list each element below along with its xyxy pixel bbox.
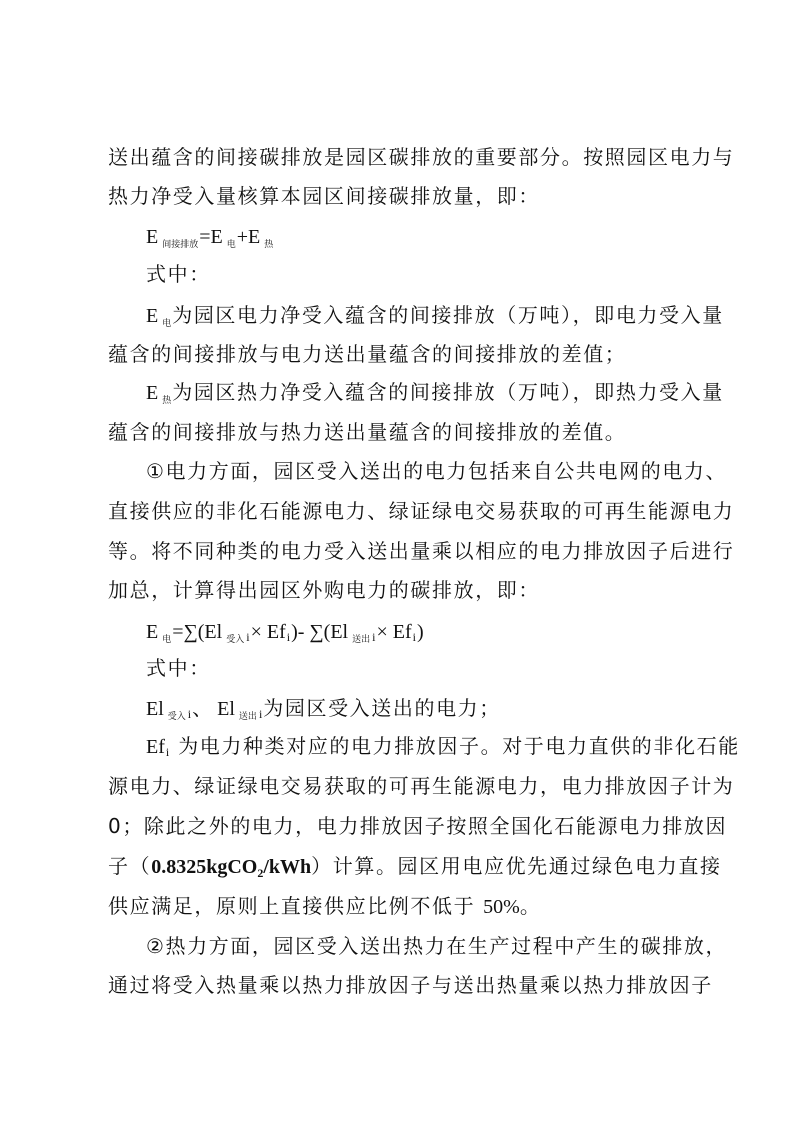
formula-operator: +E	[237, 226, 261, 248]
index: i	[259, 707, 262, 721]
formula-index: i	[287, 630, 290, 644]
formula-subscript: 电	[162, 635, 171, 645]
paragraph-line: 送出蕴含的间接碳排放是园区碳排放的重要部分。按照园区电力与	[108, 144, 688, 170]
formula-subscript: 电	[227, 240, 236, 250]
formula-subscript: 间接排放	[162, 240, 198, 250]
paragraph-line: 子（0.8325kgCO2/kWh）计算。园区用电应优先通过绿色电力直接	[108, 853, 688, 879]
emission-factor-unit: /kWh	[263, 856, 311, 878]
paragraph-line: 直接供应的非化石能源电力、绿证绿电交易获取的可再生能源电力	[108, 498, 688, 524]
formula-index: i	[372, 630, 375, 644]
paragraph-line: 蕴含的间接排放与热力送出量蕴含的间接排放的差值。	[108, 419, 688, 445]
subscript: 送出	[239, 712, 257, 722]
formula-part: )	[417, 621, 424, 643]
formula-index: i	[413, 630, 416, 644]
formula-symbol: E	[146, 621, 158, 643]
formula-indirect-emissions: E间接排放=E电+E热	[146, 223, 726, 249]
emission-factor-value: 0.8325kgCO	[151, 856, 257, 878]
index: i	[166, 745, 169, 759]
formula-electricity-emissions: E电=∑(El受入i× Efi)- ∑(El送出i× Efi)	[146, 618, 726, 644]
formula-subscript: 送出	[352, 635, 370, 645]
formula-index: i	[246, 630, 249, 644]
definition-text: 为园区受入送出的电力；	[263, 696, 501, 720]
symbol: El	[146, 698, 164, 720]
paragraph-line: 源电力、绿证绿电交易获取的可再生能源电力，电力排放因子计为	[108, 773, 688, 799]
percentage-value: 50%	[483, 896, 520, 918]
paragraph-line: 供应满足，原则上直接供应比例不低于 50%。	[108, 893, 688, 919]
formula-symbol: E	[146, 226, 158, 248]
paragraph-line: 通过将受入热量乘以热力排放因子与送出热量乘以热力排放因子	[108, 972, 688, 998]
subscript: 热	[162, 396, 171, 406]
paragraph-line: ①电力方面，园区受入送出的电力包括来自公共电网的电力、	[146, 458, 726, 484]
paragraph-line: 等。将不同种类的电力受入送出量乘以相应的电力排放因子后进行	[108, 538, 688, 564]
where-label: 式中：	[146, 655, 726, 681]
symbol: E	[146, 382, 158, 404]
formula-operator: =E	[199, 226, 223, 248]
subscript: 受入	[168, 712, 186, 722]
symbol: 、 El	[192, 698, 235, 720]
formula-part: )- ∑(El	[291, 621, 348, 643]
definition-ef: Efi 为电力种类对应的电力排放因子。对于电力直供的非化石能	[146, 733, 726, 759]
where-label: 式中：	[146, 261, 726, 287]
text: 。	[520, 894, 542, 918]
formula-subscript: 热	[264, 240, 273, 250]
paragraph-line: ②热力方面，园区受入送出热力在生产过程中产生的碳排放，	[146, 933, 726, 959]
definition-text: 为电力种类对应的电力排放因子。对于电力直供的非化石能	[170, 734, 740, 758]
formula-part: × Ef	[251, 621, 286, 643]
text: ）计算。园区用电应优先通过绿色电力直接	[311, 854, 721, 878]
subscript: 电	[162, 319, 171, 329]
text: 供应满足，原则上直接供应比例不低于	[108, 894, 483, 918]
formula-subscript: 受入	[226, 635, 244, 645]
index: i	[188, 707, 191, 721]
definition-e-heat: E热为园区热力净受入蕴含的间接排放（万吨），即热力受入量	[146, 379, 726, 405]
paragraph-line: 加总，计算得出园区外购电力的碳排放，即：	[108, 577, 688, 603]
definition-e-electricity: E电为园区电力净受入蕴含的间接排放（万吨），即电力受入量	[146, 302, 726, 328]
paragraph-line: 蕴含的间接排放与电力送出量蕴含的间接排放的差值；	[108, 341, 688, 367]
definition-text: 为园区热力净受入蕴含的间接排放（万吨），即热力受入量	[172, 380, 724, 404]
symbol: E	[146, 305, 158, 327]
document-page: 送出蕴含的间接碳排放是园区碳排放的重要部分。按照园区电力与 热力净受入量核算本园…	[0, 0, 794, 1122]
definition-text: 为园区电力净受入蕴含的间接排放（万吨），即电力受入量	[172, 303, 724, 327]
definition-el: El受入i、 El送出i为园区受入送出的电力；	[146, 695, 726, 721]
symbol: Ef	[146, 736, 165, 758]
text: 子（	[108, 854, 151, 878]
paragraph-line: 热力净受入量核算本园区间接碳排放量，即：	[108, 183, 688, 209]
formula-part: × Ef	[376, 621, 411, 643]
formula-part: =∑(El	[172, 621, 222, 643]
paragraph-line: 0；除此之外的电力，电力排放因子按照全国化石能源电力排放因	[108, 813, 688, 839]
